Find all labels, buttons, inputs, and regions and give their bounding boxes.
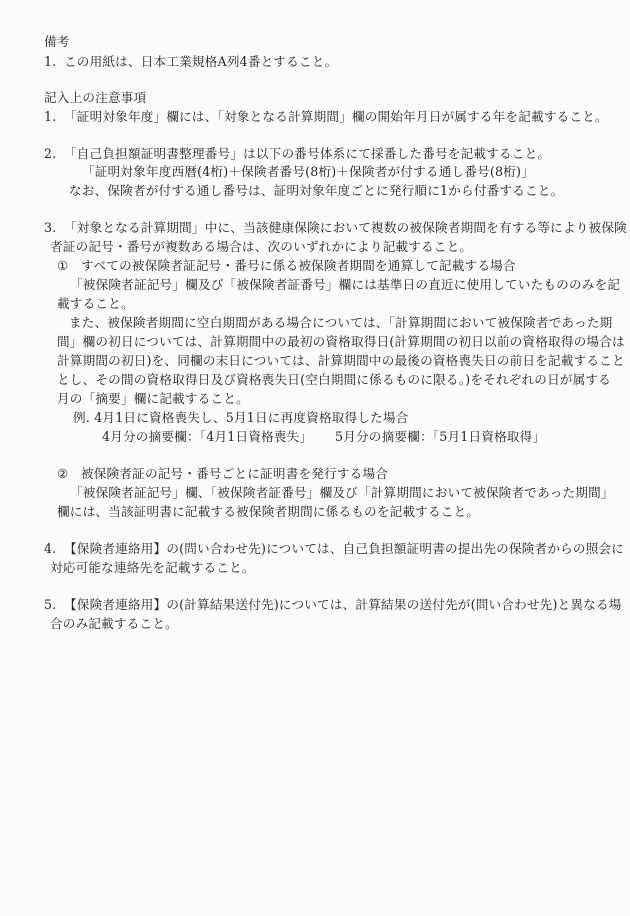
item-text: 「証明対象年度」欄には、「対象となる計算期間」欄の開始年月日が属する年を記載する…	[64, 109, 608, 124]
item-number: 1.	[44, 108, 64, 126]
remarks-heading: 備考	[44, 33, 70, 51]
item-number: 2.	[44, 145, 64, 163]
notes-item-1: 1.「証明対象年度」欄には、「対象となる計算期間」欄の開始年月日が属する年を記載…	[44, 108, 608, 126]
notes-item-3: 3.「対象となる計算期間」中に、当該健康保険において複数の被保険者期間を有する等…	[44, 219, 627, 237]
remarks-item-1: 1.この用紙は、日本工業規格A列4番とすること。	[44, 53, 337, 71]
number-format-note: なお、保険者が付する通し番号は、証明対象年度ごとに発行順に1から付番すること。	[69, 182, 563, 200]
item-number: 3.	[44, 219, 64, 237]
case-1-title: ①すべての被保険者証記号・番号に係る被保険者期間を通算して記載する場合	[57, 257, 516, 275]
item-number: 1.	[44, 53, 64, 71]
case-2-title: ②被保険者証の記号・番号ごとに証明書を発行する場合	[57, 465, 388, 483]
item-number: 5.	[44, 596, 64, 614]
case-1-paragraph-1-cont: 載すること。	[57, 295, 134, 313]
case-2-paragraph: 「被保険者証記号」欄、「被保険者証番号」欄及び「計算期間において被保険者であった…	[70, 484, 614, 502]
example-heading: 例. 4月1日に資格喪失し、5月1日に再度資格取得した場合	[73, 409, 409, 427]
case-title-text: 被保険者証の記号・番号ごとに証明書を発行する場合	[81, 466, 388, 481]
circled-one-marker: ①	[57, 257, 81, 275]
circled-two-marker: ②	[57, 465, 81, 483]
notes-item-5-cont: 合のみ記載すること。	[50, 615, 178, 633]
notes-item-5: 5.【保険者連絡用】の(計算結果送付先)については、計算結果の送付先が(問い合わ…	[44, 596, 622, 614]
item-text: 【保険者連絡用】の(問い合わせ先)については、自己負担額証明書の提出先の保険者か…	[64, 541, 624, 556]
case-1-paragraph-2-cont: 計算期間の初日)を、同欄の末日については、計算期間中の最後の資格喪失日の前日を記…	[57, 352, 625, 370]
case-1-paragraph-2-cont: 月の「摘要」欄に記載すること。	[57, 390, 249, 408]
case-1-paragraph-2-cont: とし、その間の資格取得日及び資格喪失日(空白期間に係るものに限る。)をそれぞれの…	[57, 371, 611, 389]
number-format: 「証明対象年度西暦(4桁)＋保険者番号(8桁)＋保険者が付する通し番号(8桁)」	[82, 163, 534, 181]
notes-item-2: 2.「自己負担額証明書整理番号」は以下の番号体系にて採番した番号を記載すること。	[44, 145, 550, 163]
case-1-paragraph-1: 「被保険者証記号」欄及び「被保険者証番号」欄には基準日の直近に使用していたものの…	[70, 276, 620, 294]
notes-item-4: 4.【保険者連絡用】の(問い合わせ先)については、自己負担額証明書の提出先の保険…	[44, 540, 624, 558]
case-2-paragraph-cont: 欄には、当該証明書に記載する被保険者期間に係るものを記載すること。	[57, 503, 479, 521]
item-text: この用紙は、日本工業規格A列4番とすること。	[64, 54, 337, 69]
notes-heading: 記入上の注意事項	[44, 89, 146, 107]
case-1-paragraph-2: また、被保険者期間に空白期間がある場合については、「計算期間において被保険者であ…	[69, 314, 612, 332]
notes-item-4-cont: 対応可能な連絡先を記載すること。	[50, 559, 255, 577]
item-text: 「対象となる計算期間」中に、当該健康保険において複数の被保険者期間を有する等によ…	[64, 220, 627, 235]
item-text: 【保険者連絡用】の(計算結果送付先)については、計算結果の送付先が(問い合わせ先…	[64, 597, 622, 612]
item-number: 4.	[44, 540, 64, 558]
case-1-paragraph-2-cont: 間」欄の初日については、計算期間中の最初の資格取得日(計算期間の初日以前の資格取…	[57, 333, 625, 351]
example-may: 5月分の摘要欄：「5月1日資格取得」	[335, 428, 545, 446]
item-text: 「自己負担額証明書整理番号」は以下の番号体系にて採番した番号を記載すること。	[64, 146, 550, 161]
case-title-text: すべての被保険者証記号・番号に係る被保険者期間を通算して記載する場合	[81, 258, 516, 273]
example-april: 4月分の摘要欄：「4月1日資格喪失」	[102, 428, 312, 446]
notes-item-3-cont: 者証の記号・番号が複数ある場合は、次のいずれかにより記載すること。	[50, 238, 472, 256]
